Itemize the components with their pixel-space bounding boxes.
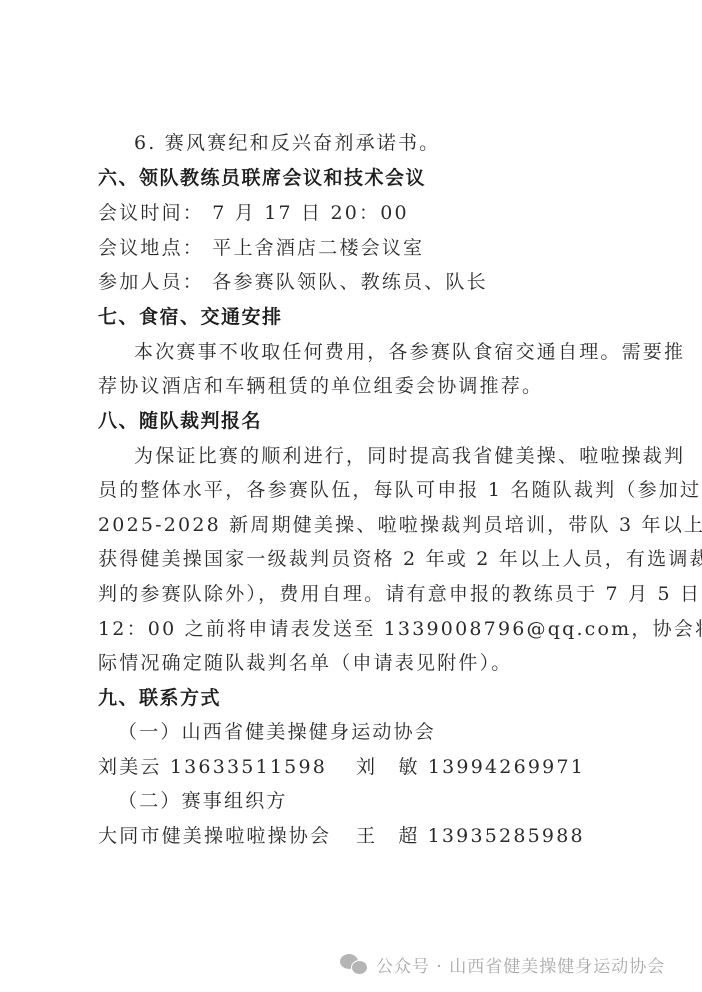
section-8-line: 12：00 之前将申请表发送至 1339008796@qq.com，协会将根据实 — [98, 617, 618, 641]
section-8-line: 员的整体水平，各参赛队伍，每队可申报 1 名随队裁判（参加过 — [98, 478, 618, 502]
section-7-line: 荐协议酒店和车辆租赁的单位组委会协调推荐。 — [98, 374, 618, 398]
wechat-icon — [340, 953, 370, 975]
org-2-contact: 大同市健美操啦啦操协会 王 超 13935285988 — [98, 824, 618, 848]
org-2-title: （二）赛事组织方 — [118, 789, 638, 813]
contact-name: 刘 敏 — [356, 755, 420, 779]
section-8-line: 际情况确定随队裁判名单（申请表见附件）。 — [98, 651, 618, 675]
contact-name: 刘美云 — [98, 755, 162, 779]
contact-2: 刘 敏 13994269971 — [356, 755, 585, 779]
meeting-place: 会议地点： 平上舍酒店二楼会议室 — [98, 236, 618, 260]
org-1-contacts: 刘美云 13633511598 刘 敏 13994269971 — [98, 755, 618, 779]
meeting-attendees: 参加人员： 各参赛队领队、教练员、队长 — [98, 270, 618, 294]
section-8-line: 判的参赛队除外），费用自理。请有意申报的教练员于 7 月 5 日 — [98, 582, 618, 606]
contact-phone: 13633511598 — [170, 755, 327, 779]
section-8-line: 为保证比赛的顺利进行，同时提高我省健美操、啦啦操裁判 — [134, 444, 654, 468]
watermark-text: 公众号 · 山西省健美操健身运动协会 — [376, 952, 665, 977]
contact-name: 王 超 — [356, 824, 420, 848]
meeting-time: 会议时间： 7 月 17 日 20：00 — [98, 201, 618, 225]
section-6-heading: 六、领队教练员联席会议和技术会议 — [98, 166, 618, 190]
section-9-heading: 九、联系方式 — [98, 686, 618, 710]
contact-phone: 13994269971 — [428, 755, 585, 779]
org-1-title: （一）山西省健美操健身运动协会 — [118, 720, 638, 744]
org-2-name: 大同市健美操啦啦操协会 — [98, 824, 356, 848]
contact-1: 刘美云 13633511598 — [98, 755, 356, 779]
section-7-heading: 七、食宿、交通安排 — [98, 305, 618, 329]
document-page: 6. 赛风赛纪和反兴奋剂承诺书。 六、领队教练员联席会议和技术会议 会议时间： … — [0, 0, 702, 992]
item-6: 6. 赛风赛纪和反兴奋剂承诺书。 — [134, 131, 654, 155]
wechat-watermark: 公众号 · 山西省健美操健身运动协会 — [340, 950, 665, 978]
section-8-heading: 八、随队裁判报名 — [98, 409, 618, 433]
section-8-line: 2025-2028 新周期健美操、啦啦操裁判员培训，带队 3 年以上且 — [98, 513, 618, 537]
section-7-line: 本次赛事不收取任何费用，各参赛队食宿交通自理。需要推 — [134, 340, 654, 364]
contact-phone: 13935285988 — [428, 824, 585, 848]
section-8-line: 获得健美操国家一级裁判员资格 2 年或 2 年以上人员，有选调裁 — [98, 547, 618, 571]
